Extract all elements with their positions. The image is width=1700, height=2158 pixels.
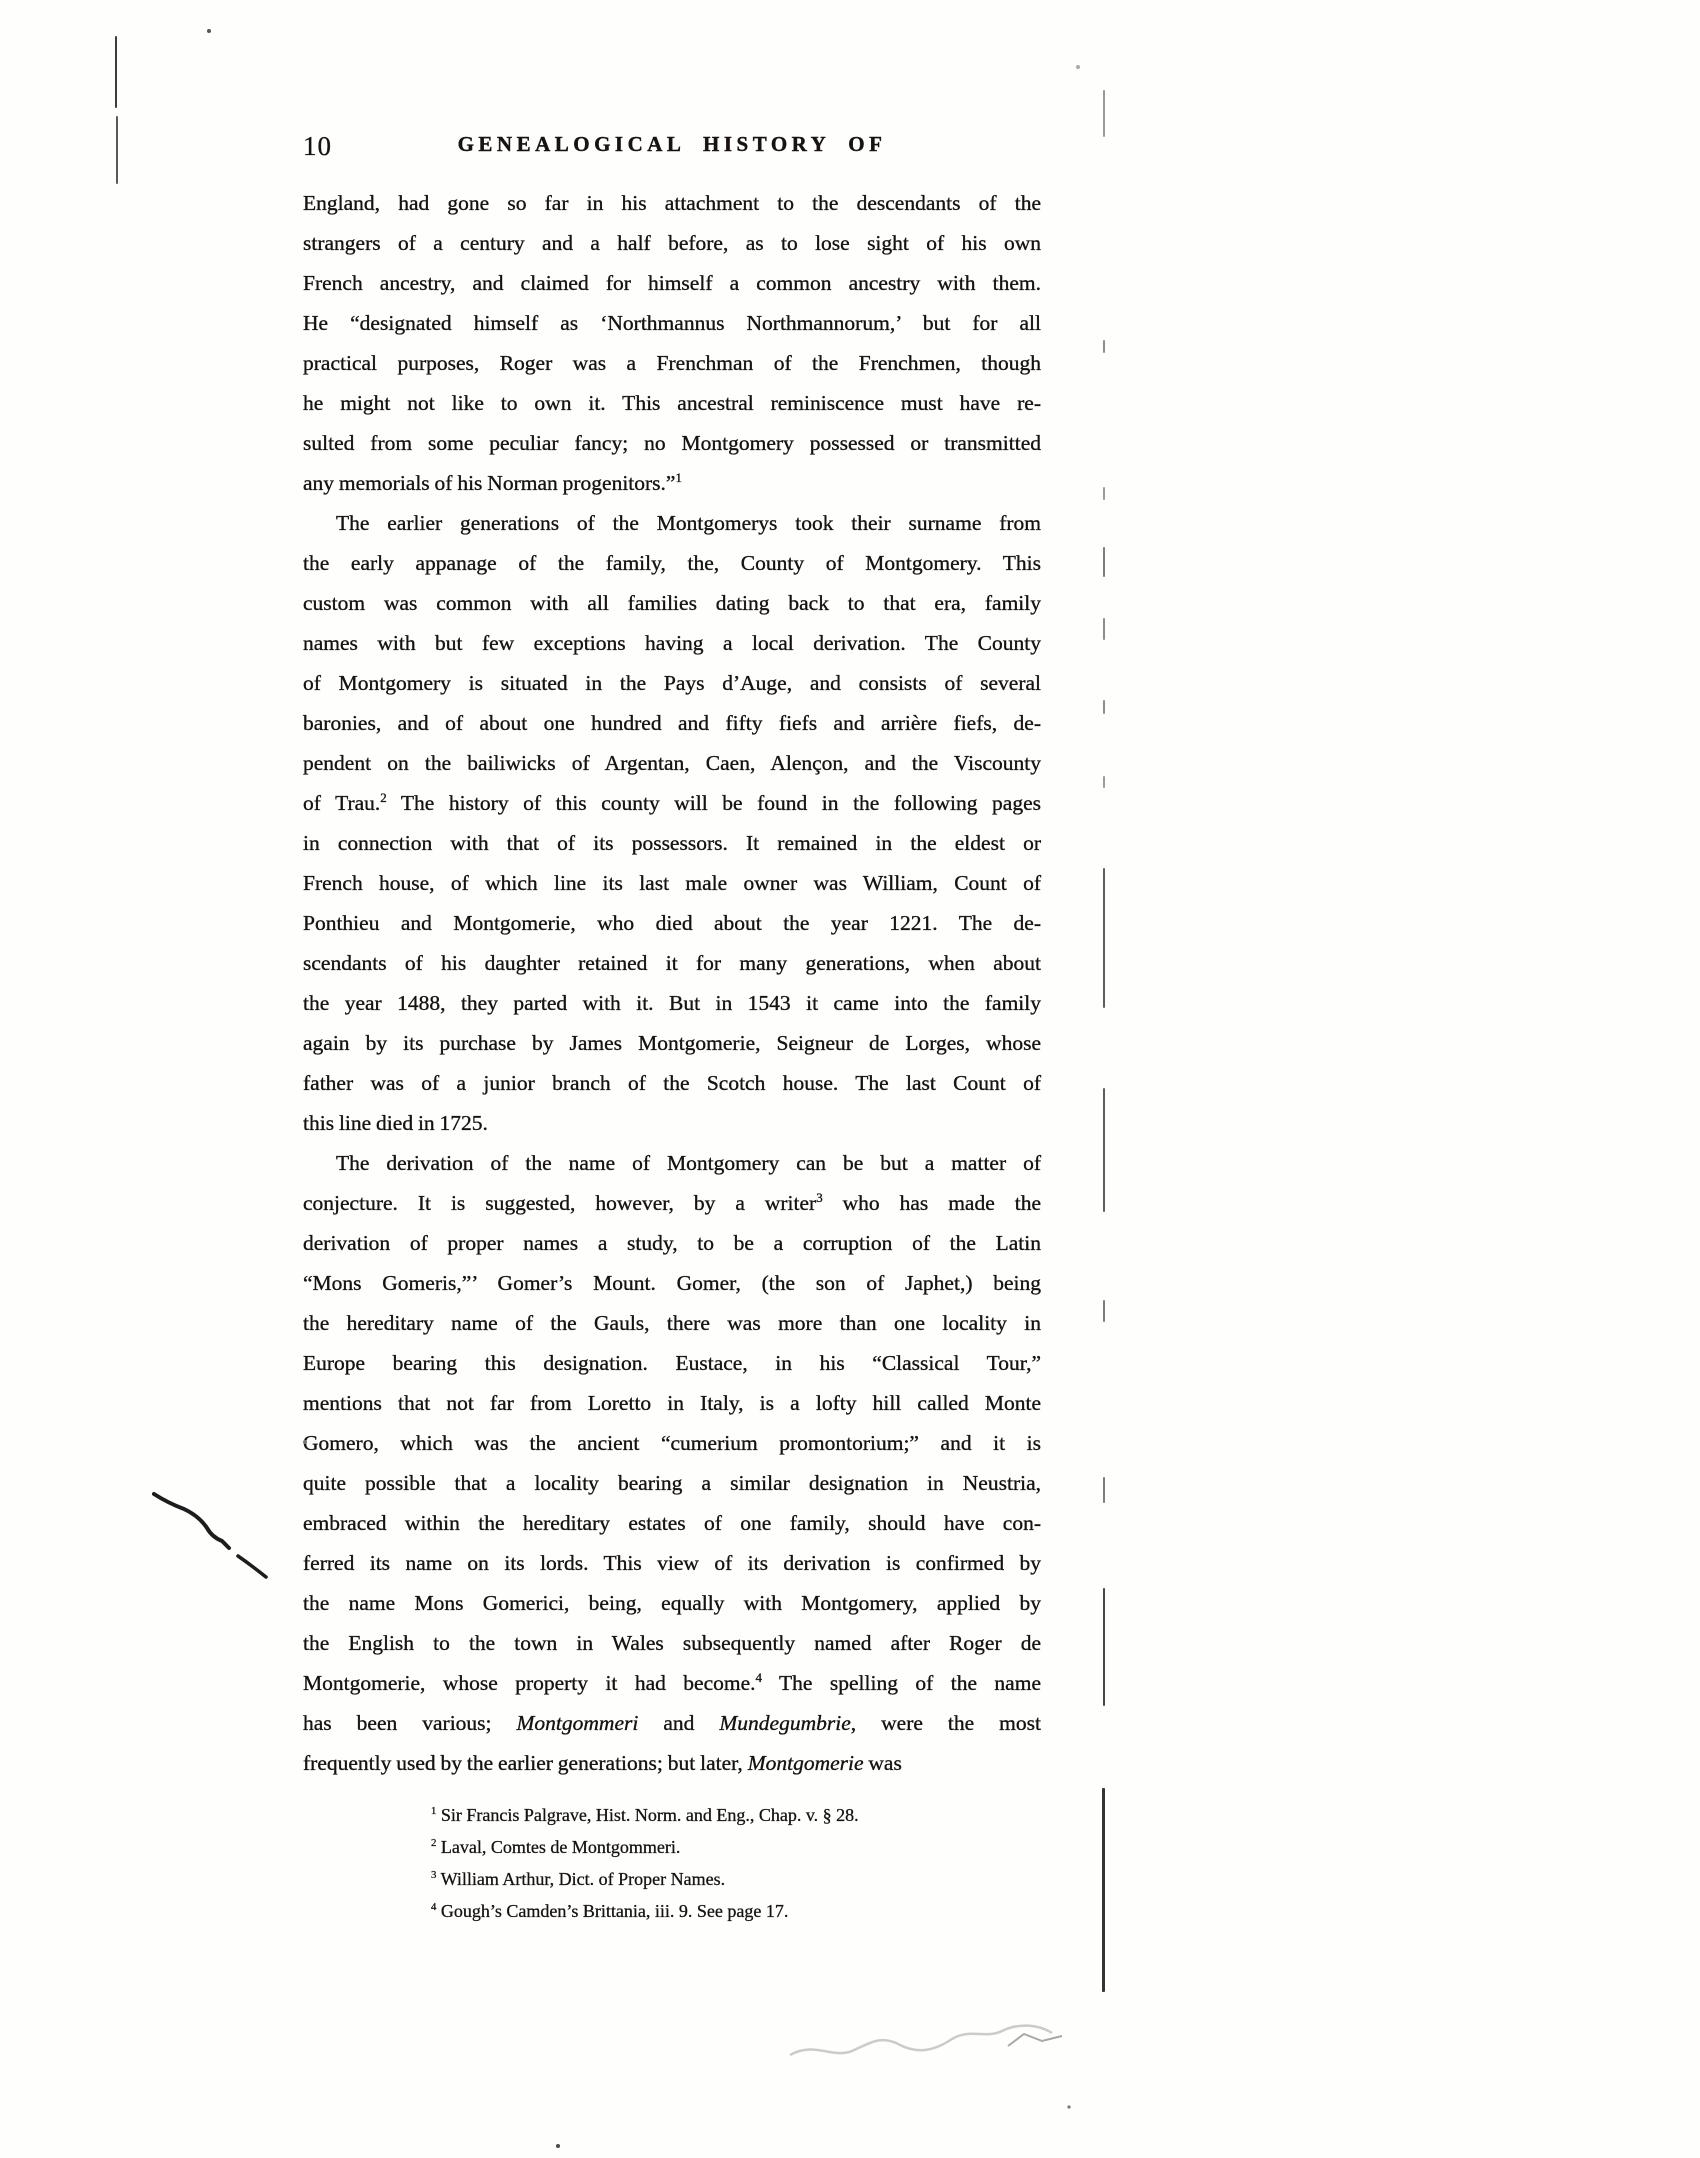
- page-edge-mark: [1102, 1788, 1105, 1992]
- text-line: the early appanage of the family, the, C…: [303, 543, 1041, 583]
- page-edge-mark: [1103, 90, 1105, 137]
- footnote-line: 1 Sir Francis Palgrave, Hist. Norm. and …: [431, 1799, 1051, 1831]
- text-line: in connection with that of its possessor…: [303, 823, 1041, 863]
- page-edge-mark: [1103, 1088, 1105, 1212]
- page-edge-mark: [1103, 1300, 1105, 1322]
- ink-speck: [1076, 65, 1080, 69]
- running-header-title: GENEALOGICAL HISTORY OF: [303, 128, 1041, 157]
- text-line: of Montgomery is situated in the Pays d’…: [303, 663, 1041, 703]
- text-line: quite possible that a locality bearing a…: [303, 1463, 1041, 1503]
- text-line: Ponthieu and Montgomerie, who died about…: [303, 903, 1041, 943]
- body-text: England, had gone so far in his attachme…: [303, 183, 1041, 1783]
- text-line: practical purposes, Roger was a Frenchma…: [303, 343, 1041, 383]
- page-edge-mark: [1103, 1588, 1105, 1706]
- text-line: ferred its name on its lords. This view …: [303, 1543, 1041, 1583]
- text-line: any memorials of his Norman progenitors.…: [303, 463, 1041, 503]
- text-line: frequently used by the earlier generatio…: [303, 1743, 1041, 1783]
- text-line: Gomero, which was the ancient “cumerium …: [303, 1423, 1041, 1463]
- ink-speck: [207, 29, 211, 33]
- text-line: sulted from some peculiar fancy; no Mont…: [303, 423, 1041, 463]
- text-line: French ancestry, and claimed for himself…: [303, 263, 1041, 303]
- text-line: strangers of a century and a half before…: [303, 223, 1041, 263]
- text-line: this line died in 1725.: [303, 1103, 1041, 1143]
- text-line: again by its purchase by James Montgomer…: [303, 1023, 1041, 1063]
- page-edge-mark: [1103, 700, 1105, 714]
- text-line: conjecture. It is suggested, however, by…: [303, 1183, 1041, 1223]
- page-number: 10: [303, 131, 332, 162]
- text-line: The derivation of the name of Montgomery…: [303, 1143, 1041, 1183]
- text-line: pendent on the bailiwicks of Argentan, C…: [303, 743, 1041, 783]
- scanned-book-page: 10 GENEALOGICAL HISTORY OF England, had …: [0, 0, 1700, 2158]
- text-line: Montgomerie, whose property it had becom…: [303, 1663, 1041, 1703]
- text-line: the hereditary name of the Gauls, there …: [303, 1303, 1041, 1343]
- footnotes: 1 Sir Francis Palgrave, Hist. Norm. and …: [431, 1799, 1051, 1927]
- footnote-line: 3 William Arthur, Dict. of Proper Names.: [431, 1863, 1051, 1895]
- pencil-scribble: [790, 2026, 1052, 2055]
- page-edge-mark: [1103, 340, 1105, 353]
- text-line: of Trau.2 The history of this county wil…: [303, 783, 1041, 823]
- text-line: names with but few exceptions having a l…: [303, 623, 1041, 663]
- scan-fold-line: [115, 36, 117, 108]
- text-line: England, had gone so far in his attachme…: [303, 183, 1041, 223]
- text-line: baronies, and of about one hundred and f…: [303, 703, 1041, 743]
- page-edge-mark: [1103, 618, 1105, 640]
- page-edge-mark: [1103, 1477, 1105, 1503]
- page-edge-mark: [1103, 868, 1105, 1008]
- footnote-line: 2 Laval, Comtes de Montgommeri.: [431, 1831, 1051, 1863]
- text-line: the name Mons Gomerici, being, equally w…: [303, 1583, 1041, 1623]
- ink-speck: [556, 2144, 560, 2148]
- text-line: he might not like to own it. This ancest…: [303, 383, 1041, 423]
- scan-fold-line: [116, 116, 118, 184]
- text-line: Europe bearing this designation. Eustace…: [303, 1343, 1041, 1383]
- text-line: “Mons Gomeris,”’ Gomer’s Mount. Gomer, (…: [303, 1263, 1041, 1303]
- text-line: He “designated himself as ‘Northmannus N…: [303, 303, 1041, 343]
- text-line: father was of a junior branch of the Sco…: [303, 1063, 1041, 1103]
- pencil-scribble: [1008, 2034, 1062, 2046]
- margin-pen-stroke: [154, 1494, 229, 1548]
- text-line: has been various; Montgommeri and Mundeg…: [303, 1703, 1041, 1743]
- text-line: French house, of which line its last mal…: [303, 863, 1041, 903]
- running-head: 10 GENEALOGICAL HISTORY OF: [303, 128, 1041, 172]
- page-edge-mark: [1103, 487, 1105, 500]
- text-line: custom was common with all families dati…: [303, 583, 1041, 623]
- page-edge-mark: [1103, 547, 1105, 577]
- text-line: The earlier generations of the Montgomer…: [303, 503, 1041, 543]
- ink-speck: [1067, 2105, 1070, 2108]
- text-line: embraced within the hereditary estates o…: [303, 1503, 1041, 1543]
- page-edge-mark: [1103, 776, 1105, 788]
- text-line: derivation of proper names a study, to b…: [303, 1223, 1041, 1263]
- margin-pen-stroke: [238, 1556, 266, 1577]
- text-line: the English to the town in Wales subsequ…: [303, 1623, 1041, 1663]
- text-line: scendants of his daughter retained it fo…: [303, 943, 1041, 983]
- footnote-line: 4 Gough’s Camden’s Brittania, iii. 9. Se…: [431, 1895, 1051, 1927]
- text-line: mentions that not far from Loretto in It…: [303, 1383, 1041, 1423]
- text-line: the year 1488, they parted with it. But …: [303, 983, 1041, 1023]
